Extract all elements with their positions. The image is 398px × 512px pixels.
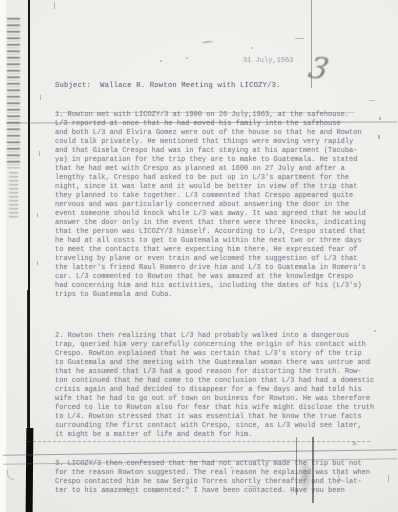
speck — [251, 47, 253, 49]
speck — [378, 135, 380, 139]
scanned-memo-page: 31 July,1963 3 Subject: Wallace R. Rowto… — [0, 0, 398, 512]
scan-dashed-line — [28, 441, 370, 442]
speck — [40, 95, 41, 100]
speck — [379, 117, 381, 120]
pencil-mark — [369, 100, 375, 101]
illegible-rotated-margin-text — [7, 18, 20, 168]
pencil-mark — [295, 38, 304, 39]
pencil-mark — [230, 467, 233, 468]
speck — [186, 57, 188, 59]
illegible-rotated-margin-text — [9, 172, 18, 218]
date-line: 31 July,1963 — [243, 57, 293, 65]
paragraph-2: 2. Rowton then realizing that L/3 had pr… — [55, 332, 395, 440]
speck — [388, 475, 389, 482]
subject-line: Subject: Wallace R. Rowton Meeting with … — [55, 82, 281, 90]
speck — [54, 2, 55, 9]
speck — [160, 60, 162, 62]
speck — [37, 213, 38, 217]
scan-streak — [55, 112, 355, 113]
speck — [37, 261, 38, 265]
speck — [39, 151, 40, 156]
handwritten-page-number: 3 — [305, 51, 332, 88]
page-left-edge — [0, 0, 6, 512]
scan-crease-line — [312, 437, 314, 503]
speck — [374, 330, 376, 332]
scan-crease-line — [296, 437, 297, 495]
paragraph-1: 1. Rowton met with LICOZY/3 at 1900 on 2… — [55, 111, 395, 300]
ink-smudge — [299, 458, 312, 494]
binding-edge-line — [27, 290, 30, 435]
pencil-mark — [202, 40, 213, 43]
smudge-curve — [7, 470, 14, 480]
